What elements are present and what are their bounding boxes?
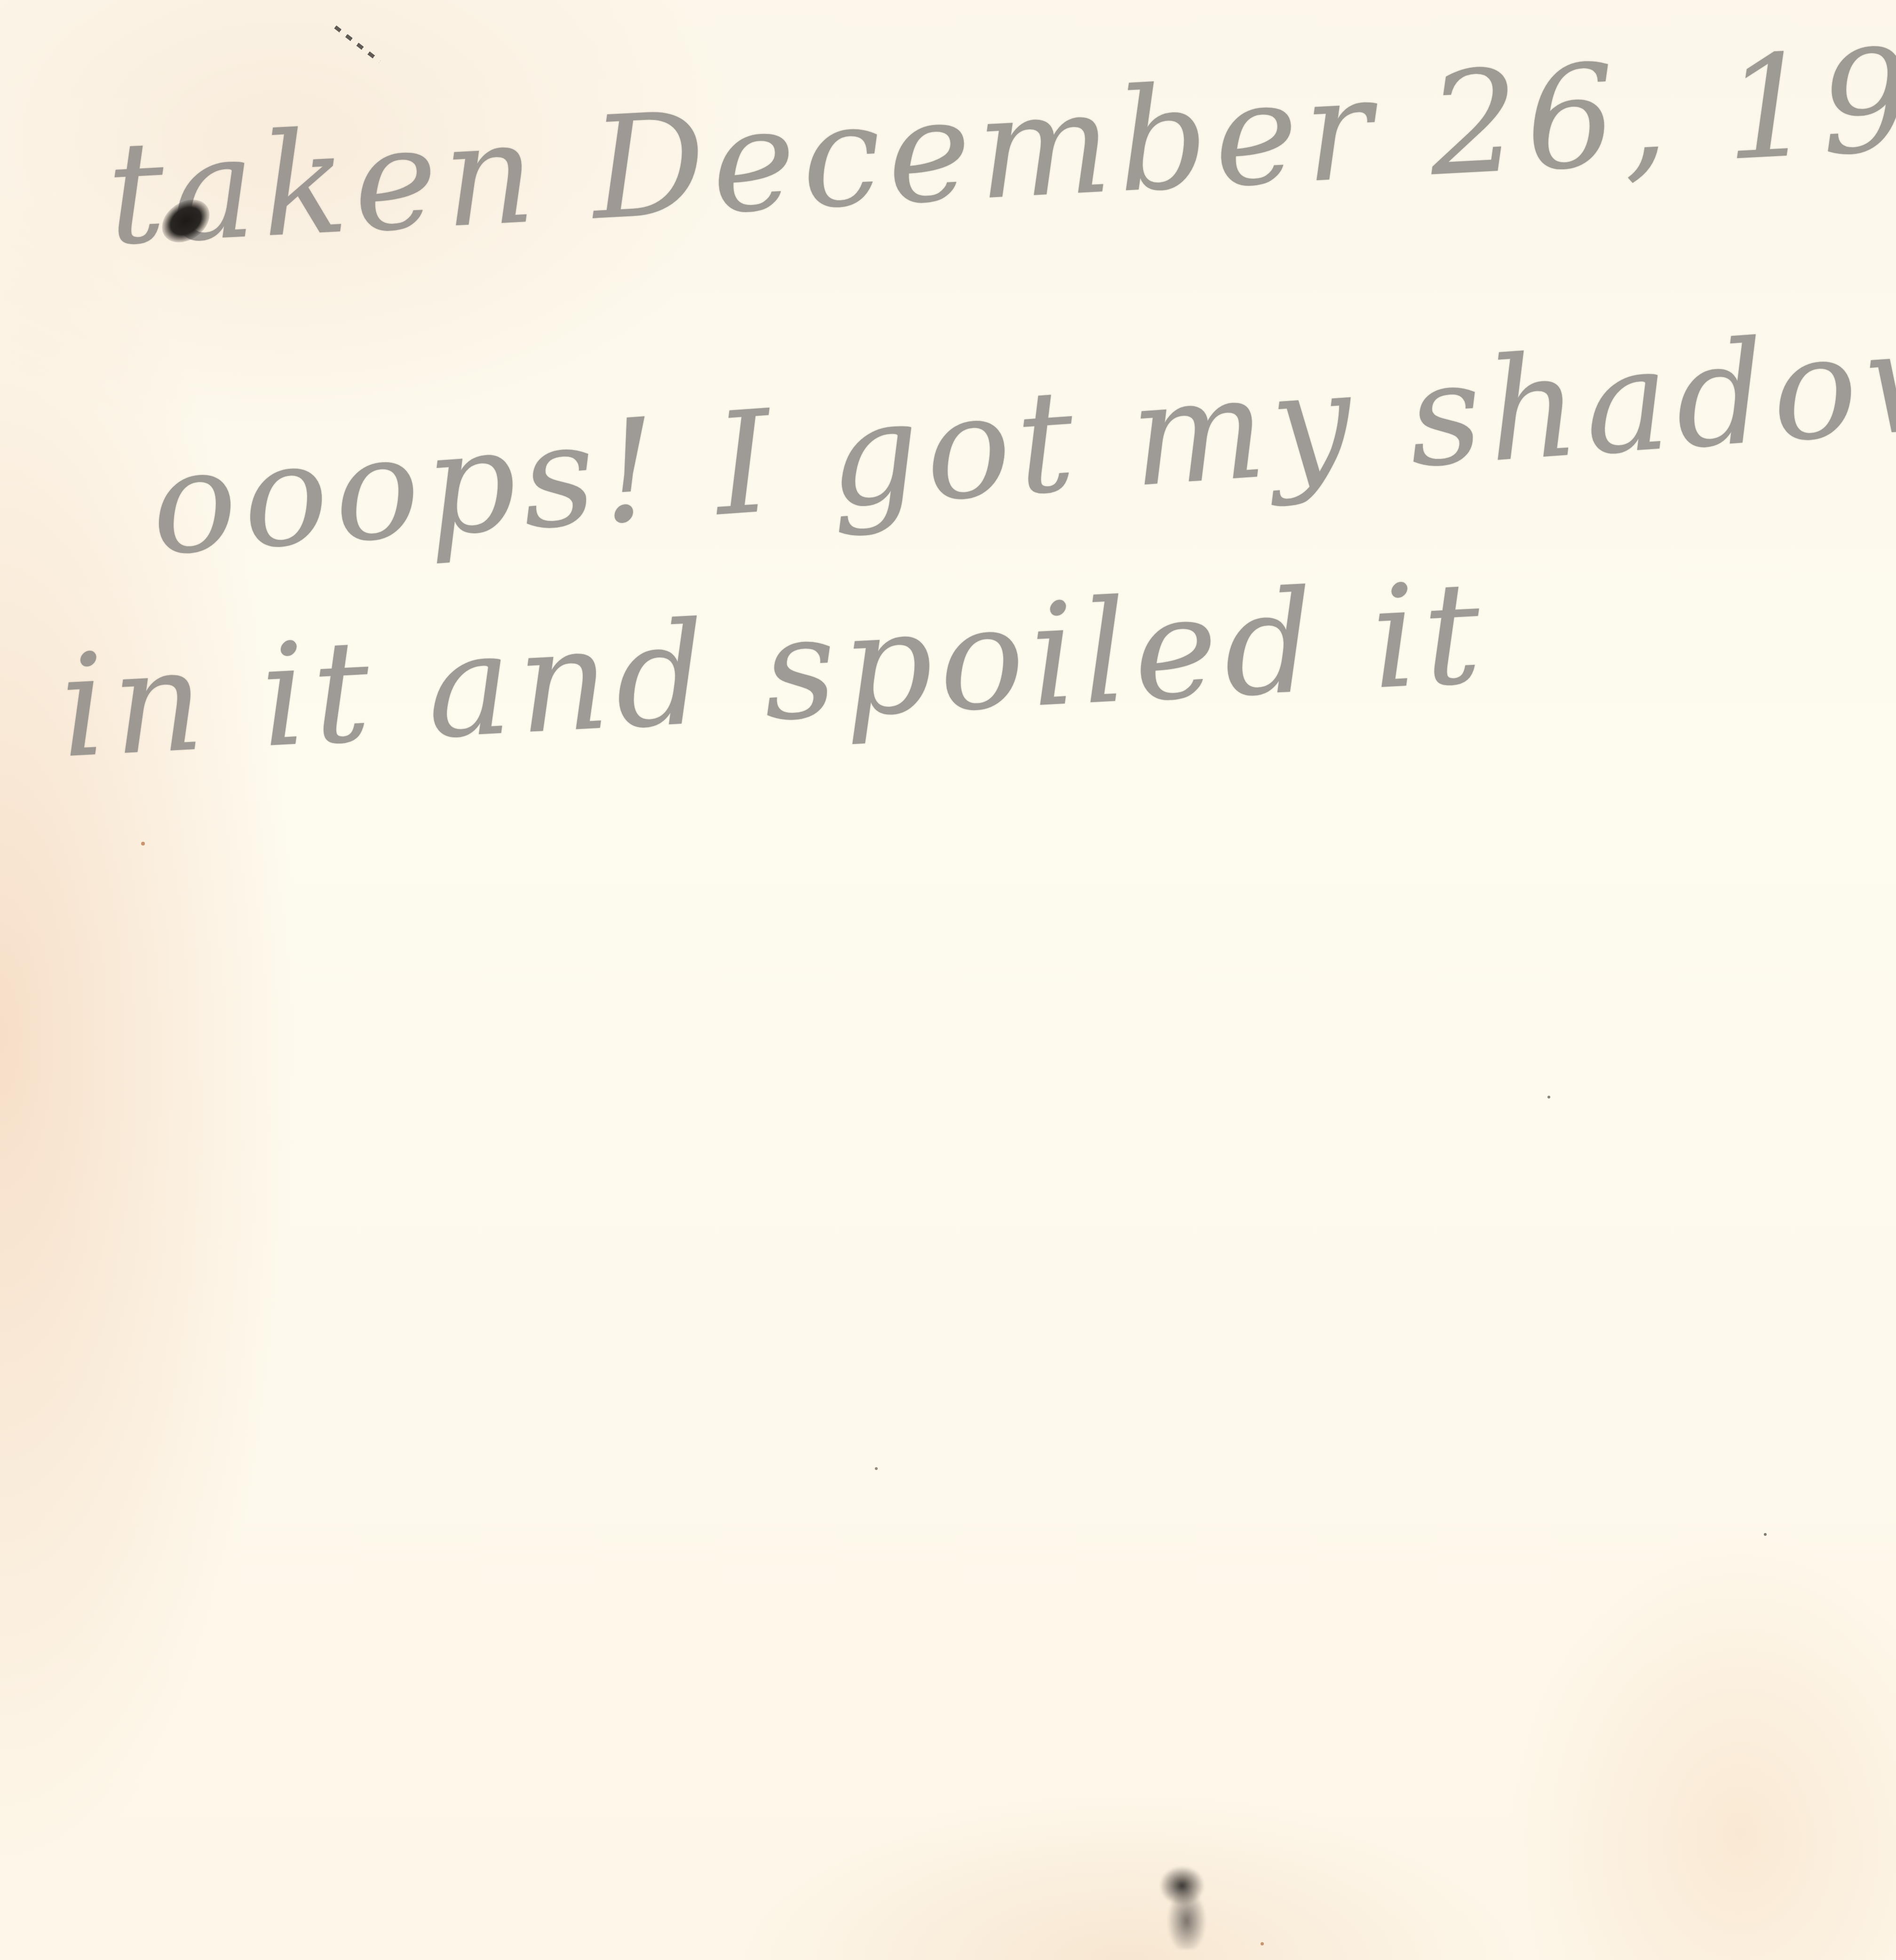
foxing-speck — [1547, 1096, 1550, 1099]
pencil-smudge — [1159, 1865, 1206, 1949]
foxing-speck — [1764, 1533, 1767, 1536]
scratch-mark — [334, 25, 381, 63]
handwritten-note-line-1: ooops! I got my shadow — [146, 295, 1896, 587]
handwritten-note-line-2: in it and spoiled it — [56, 551, 1491, 789]
handwritten-date-line: taken December 26, 1967 — [103, 8, 1896, 277]
foxing-speck — [875, 1467, 878, 1470]
foxing-speck — [1261, 1942, 1264, 1945]
foxing-speck — [141, 842, 145, 846]
photo-back-paper: taken December 26, 1967 ooops! I got my … — [0, 0, 1896, 1960]
